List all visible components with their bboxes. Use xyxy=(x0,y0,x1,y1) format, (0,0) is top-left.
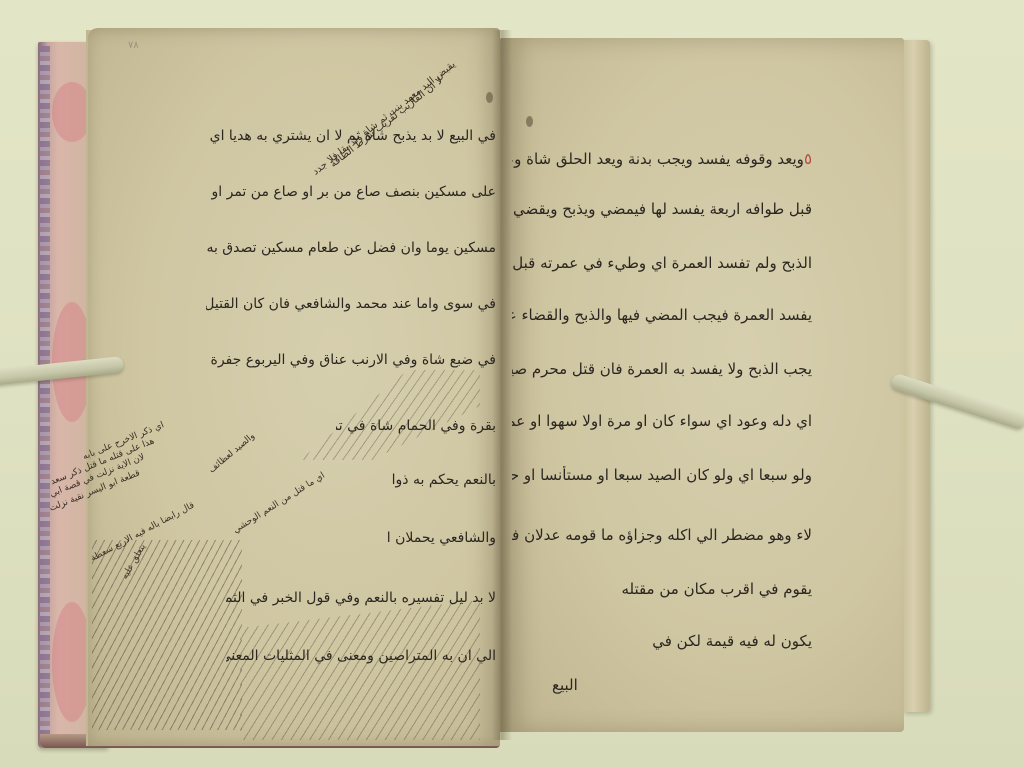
worm-hole xyxy=(526,116,533,127)
right-text-line: الذبح ولم تفسد العمرة اي وطيء في عمرته ق… xyxy=(512,254,812,272)
right-text-line: يجب الذبح ولا يفسد به العمرة فان قتل محر… xyxy=(512,360,812,378)
left-text-line: والشافعي يحملان المثل على المثل xyxy=(386,530,496,546)
right-page xyxy=(500,38,904,732)
right-text-line: يكون له فيه قيمة لكن في xyxy=(512,632,812,650)
left-text-line: بالنعم يحكم به ذوا عدل منكم هديا بالغ ال… xyxy=(386,472,496,488)
right-text-line: ولو سبعا اي ولو كان الصيد سبعا او مستأنس… xyxy=(512,466,812,484)
left-text-line: في سوى واما عند محمد والشافعي فان كان ال… xyxy=(206,296,496,312)
left-text-line: على مسكين بنصف صاع من بر او صاع من تمر ا… xyxy=(206,184,496,200)
left-text-line: في البيع لا بد يذبح شاة ثم لا ان يشتري ب… xyxy=(206,128,496,144)
dense-marginal-notes xyxy=(92,540,242,730)
worm-hole xyxy=(486,92,493,103)
right-text-line: ٥ويعد وقوفه يفسد ويجب بدنة ويعد الحلق شا… xyxy=(512,150,812,168)
right-text-line: يقوم في اقرب مكان من مقتله xyxy=(512,580,812,598)
catchword: البيع xyxy=(552,676,578,694)
left-text-line: مسكين يوما وان فضل عن طعام مسكين تصدق به… xyxy=(206,240,496,256)
rubric-mark: ٥ xyxy=(804,150,812,168)
right-text-line: قبل طوافه اربعة يفسد لها فيمضي ويذبح ويق… xyxy=(512,200,812,218)
folio-number: ٧٨ xyxy=(128,40,139,51)
right-text-line: لاء وهو مضطر الي اكله وجزاؤه ما قومه عدل… xyxy=(512,526,812,544)
right-text-line: يفسد العمرة فيجب المضي فيها والذبح والقض… xyxy=(512,306,812,324)
manuscript-photo: ٧٨ يقبض اليد معهد بنت ثم شاة ولد بقا فلا… xyxy=(0,0,1024,768)
right-text-line: اي دله وعود اي سواء كان او مرة اولا سهوا… xyxy=(512,412,812,430)
marbled-edge xyxy=(40,46,50,744)
left-text-line: في ضبع شاة وفي الارنب عناق وفي اليربوع ج… xyxy=(206,352,496,368)
